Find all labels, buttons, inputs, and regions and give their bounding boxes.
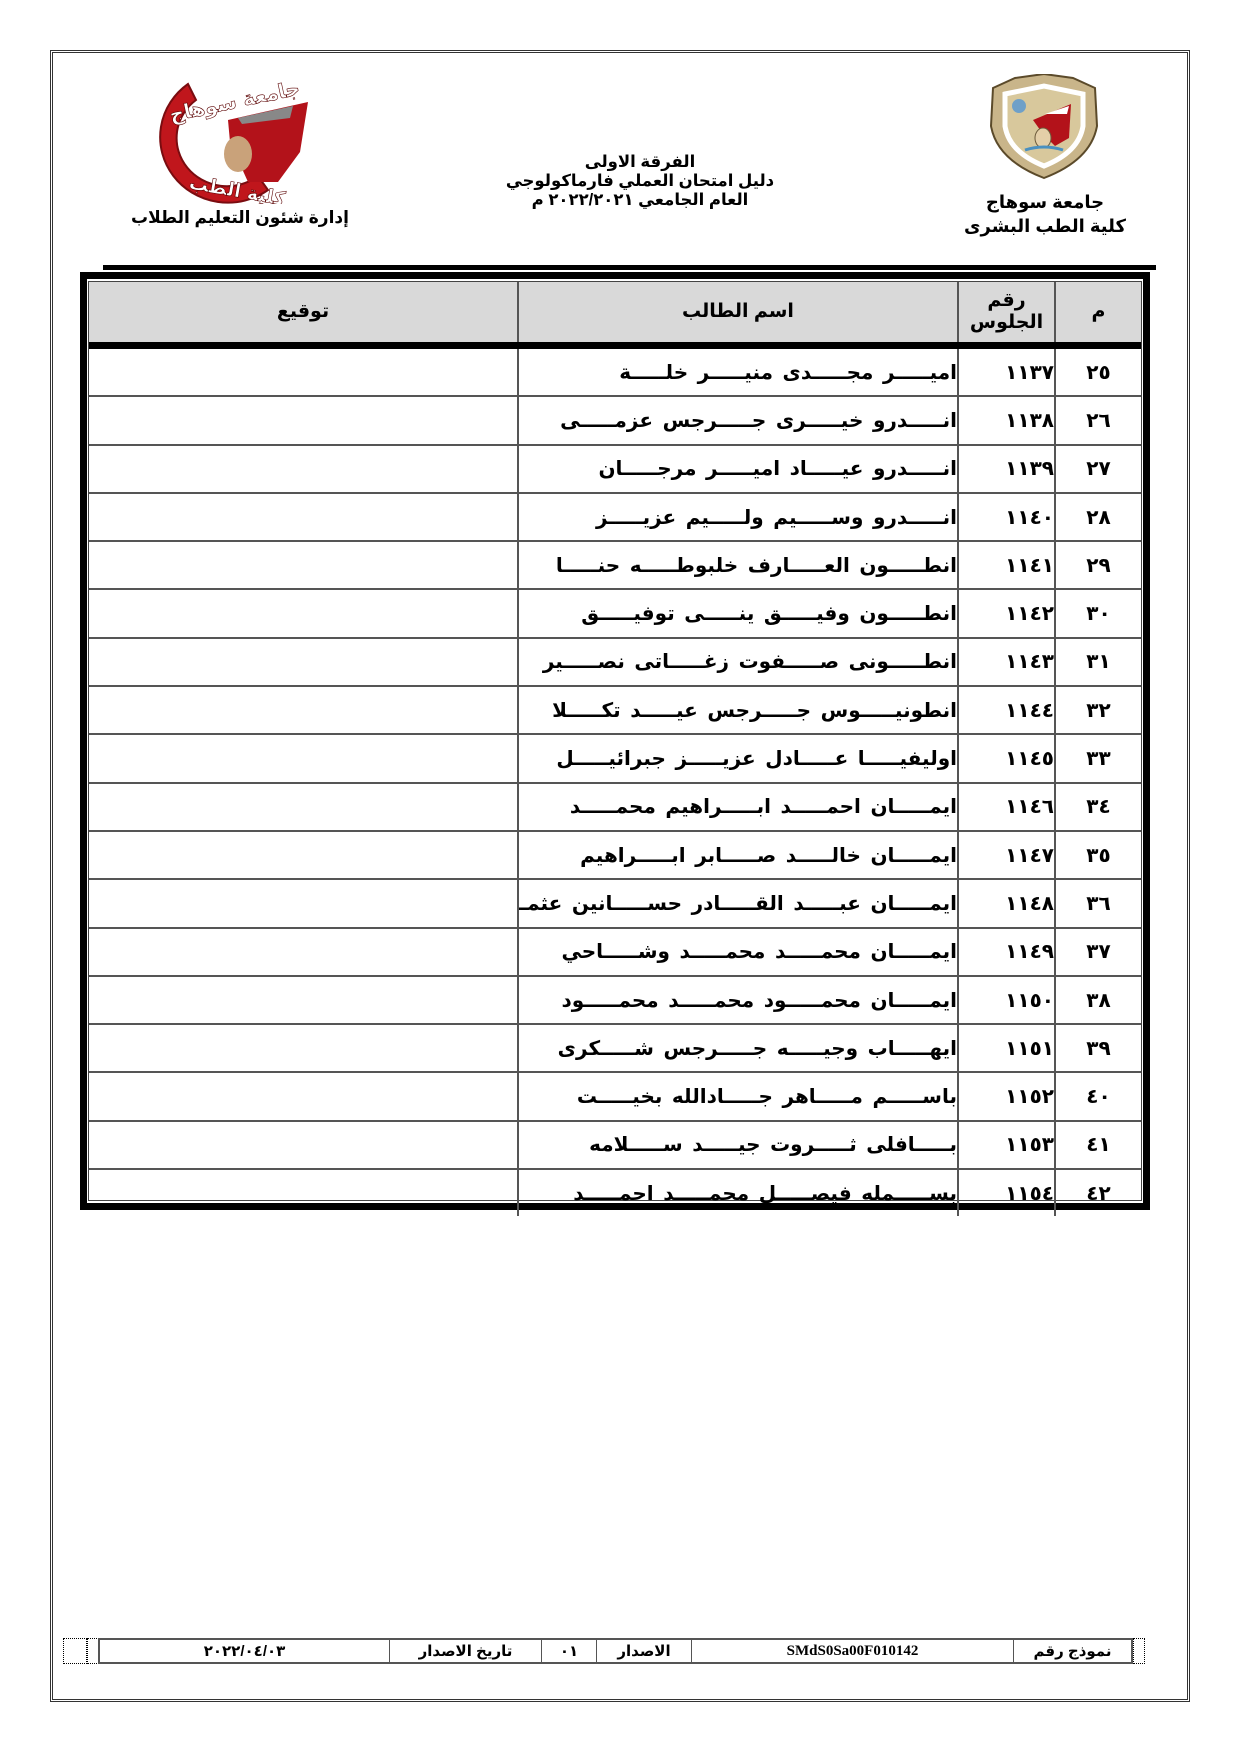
seat-number: ١١٣٧	[958, 346, 1055, 397]
signature-cell	[89, 783, 518, 831]
signature-cell	[89, 928, 518, 976]
student-name: ايمـــــان احمـــــد ابـــــراهيم محمـــ…	[518, 783, 958, 831]
row-number: ٢٨	[1055, 493, 1141, 541]
seat-header-line1: رقم	[959, 290, 1054, 312]
signature-cell	[89, 589, 518, 637]
signature-cell	[89, 346, 518, 397]
seat-header-line2: الجلوس	[959, 312, 1054, 334]
student-name: بـــــافلى ثـــــروت جيـــــد ســـــلامه	[518, 1121, 958, 1169]
table-row: ٤١١١٥٣بـــــافلى ثـــــروت جيـــــد ســـ…	[89, 1121, 1141, 1169]
signature-cell	[89, 879, 518, 927]
version-label: الاصدار	[596, 1640, 691, 1662]
table-row: ٢٦١١٣٨انـــــدرو خيـــــرى جـــــرجس عزم…	[89, 396, 1141, 444]
signature-cell	[89, 1121, 518, 1169]
table-row: ٣٠١١٤٢انطـــــون وفيـــــق ينـــــى توفي…	[89, 589, 1141, 637]
row-number: ٣٧	[1055, 928, 1141, 976]
seat-number: ١١٥٣	[958, 1121, 1055, 1169]
student-name: ايهـــــاب وجيـــــه جـــــرجس شـــــكرى	[518, 1024, 958, 1072]
row-number: ٣١	[1055, 638, 1141, 686]
col-header-student-name: اسم الطالب	[518, 282, 958, 346]
row-number: ٣٦	[1055, 879, 1141, 927]
row-number: ٢٧	[1055, 445, 1141, 493]
form-code: SMdS0Sa00F010142	[691, 1640, 1013, 1662]
student-name: باســـــم مـــــاهر جـــــادالله بخيــــ…	[518, 1072, 958, 1120]
issue-date-value: ٢٠٢٢/٠٤/٠٣	[100, 1640, 389, 1662]
seat-number: ١١٤٦	[958, 783, 1055, 831]
table-row: ٤٢١١٥٤بســـــمله فيصـــــل محمـــــد احم…	[89, 1169, 1141, 1216]
footer-blank-cell	[63, 1638, 87, 1664]
row-number: ٣٩	[1055, 1024, 1141, 1072]
table-row: ٣٧١١٤٩ايمـــــان محمـــــد محمـــــد وشـ…	[89, 928, 1141, 976]
student-name: بســـــمله فيصـــــل محمـــــد احمـــــد	[518, 1169, 958, 1216]
university-name: جامعة سوهاج	[955, 190, 1135, 214]
student-name: اوليفيـــــا عـــــادل عزيـــــز جبرائيـ…	[518, 734, 958, 782]
student-name: ايمـــــان خالـــــد صـــــابر ابـــــرا…	[518, 831, 958, 879]
row-number: ٢٥	[1055, 346, 1141, 397]
row-number: ٣٥	[1055, 831, 1141, 879]
seat-number: ١١٥١	[958, 1024, 1055, 1072]
student-roster-table: م رقم الجلوس اسم الطالب توقيع ٢٥١١٣٧اميـ…	[80, 272, 1150, 1210]
form-footer: نموذج رقم SMdS0Sa00F010142 الاصدار ٠١ تا…	[63, 1638, 1145, 1664]
row-number: ٤٠	[1055, 1072, 1141, 1120]
title-exam-guide: دليل امتحان العملي فارماكولوجي	[470, 172, 810, 191]
student-name: اميـــــر مجـــــدى منيـــــر خلـــــة	[518, 346, 958, 397]
table-row: ٢٥١١٣٧اميـــــر مجـــــدى منيـــــر خلــ…	[89, 346, 1141, 397]
student-name: انـــــدرو عيـــــاد اميـــــر مرجـــــا…	[518, 445, 958, 493]
student-affairs-caption: إدارة شئون التعليم الطلاب	[110, 208, 370, 228]
row-number: ٣٠	[1055, 589, 1141, 637]
seat-number: ١١٤٣	[958, 638, 1055, 686]
form-number-label: نموذج رقم	[1013, 1640, 1131, 1662]
student-name: ايمـــــان محمـــــد محمـــــد وشـــــاح…	[518, 928, 958, 976]
seat-number: ١١٤٥	[958, 734, 1055, 782]
university-caption: جامعة سوهاج كلية الطب البشرى	[955, 190, 1135, 238]
table-row: ٢٧١١٣٩انـــــدرو عيـــــاد اميـــــر مرج…	[89, 445, 1141, 493]
signature-cell	[89, 1024, 518, 1072]
seat-number: ١١٥٤	[958, 1169, 1055, 1216]
signature-cell	[89, 445, 518, 493]
roster: م رقم الجلوس اسم الطالب توقيع ٢٥١١٣٧اميـ…	[89, 282, 1141, 1216]
signature-cell	[89, 541, 518, 589]
table-row: ٣٩١١٥١ايهـــــاب وجيـــــه جـــــرجس شــ…	[89, 1024, 1141, 1072]
signature-cell	[89, 493, 518, 541]
title-academic-year: العام الجامعي ٢٠٢٢/٢٠٢١ م	[470, 191, 810, 210]
seat-number: ١١٤٠	[958, 493, 1055, 541]
signature-cell	[89, 638, 518, 686]
signature-cell	[89, 1169, 518, 1216]
seat-number: ١١٤١	[958, 541, 1055, 589]
document-title: الفرقة الاولى دليل امتحان العملي فارماكو…	[470, 153, 810, 210]
student-name: انـــــدرو خيـــــرى جـــــرجس عزمـــــى	[518, 396, 958, 444]
seat-number: ١١٤٢	[958, 589, 1055, 637]
col-header-signature: توقيع	[89, 282, 518, 346]
signature-cell	[89, 1072, 518, 1120]
footer-info-table: نموذج رقم SMdS0Sa00F010142 الاصدار ٠١ تا…	[98, 1638, 1133, 1664]
student-name: انـــــدرو وســـــيم ولـــــيم عزيـــــز	[518, 493, 958, 541]
student-name: انطونيـــــوس جـــــرجس عيـــــد تكـــــ…	[518, 686, 958, 734]
faculty-name: كلية الطب البشرى	[955, 214, 1135, 238]
seat-number: ١١٣٩	[958, 445, 1055, 493]
seat-number: ١١٤٩	[958, 928, 1055, 976]
row-number: ٢٩	[1055, 541, 1141, 589]
row-number: ٣٤	[1055, 783, 1141, 831]
row-number: ٢٦	[1055, 396, 1141, 444]
row-number: ٤٢	[1055, 1169, 1141, 1216]
table-row: ٣٥١١٤٧ايمـــــان خالـــــد صـــــابر ابـ…	[89, 831, 1141, 879]
row-number: ٣٢	[1055, 686, 1141, 734]
version-value: ٠١	[541, 1640, 596, 1662]
seat-number: ١١٣٨	[958, 396, 1055, 444]
student-name: ايمـــــان محمـــــود محمـــــد محمـــــ…	[518, 976, 958, 1024]
seat-number: ١١٥٢	[958, 1072, 1055, 1120]
table-header-row: م رقم الجلوس اسم الطالب توقيع	[89, 282, 1141, 346]
table-row: ٢٩١١٤١انطـــــون العـــــارف خلبوطـــــه…	[89, 541, 1141, 589]
table-row: ٤٠١١٥٢باســـــم مـــــاهر جـــــادالله ب…	[89, 1072, 1141, 1120]
table-row: ٣١١١٤٣انطـــــونى صـــــفوت زغـــــاتى ن…	[89, 638, 1141, 686]
student-name: ايمـــــان عبـــــد القـــــادر حســـــا…	[518, 879, 958, 927]
row-number: ٣٨	[1055, 976, 1141, 1024]
signature-cell	[89, 734, 518, 782]
seat-number: ١١٤٨	[958, 879, 1055, 927]
student-name: انطـــــون العـــــارف خلبوطـــــه حنـــ…	[518, 541, 958, 589]
issue-date-label: تاريخ الاصدار	[389, 1640, 541, 1662]
table-row: ٣٢١١٤٤انطونيـــــوس جـــــرجس عيـــــد ت…	[89, 686, 1141, 734]
university-shield-logo	[985, 74, 1103, 180]
signature-cell	[89, 831, 518, 879]
table-row: ٣٨١١٥٠ايمـــــان محمـــــود محمـــــد مح…	[89, 976, 1141, 1024]
table-row: ٢٨١١٤٠انـــــدرو وســـــيم ولـــــيم عزي…	[89, 493, 1141, 541]
col-header-number: م	[1055, 282, 1141, 346]
table-row: ٣٤١١٤٦ايمـــــان احمـــــد ابـــــراهيم …	[89, 783, 1141, 831]
faculty-logo: جامعة سوهاج كلية الطب	[118, 72, 318, 204]
seat-number: ١١٤٧	[958, 831, 1055, 879]
student-name: انطـــــون وفيـــــق ينـــــى توفيـــــق	[518, 589, 958, 637]
col-header-seat-number: رقم الجلوس	[958, 282, 1055, 346]
footer-blank-cell	[1133, 1638, 1145, 1664]
table-row: ٣٣١١٤٥اوليفيـــــا عـــــادل عزيـــــز ج…	[89, 734, 1141, 782]
title-year-level: الفرقة الاولى	[470, 153, 810, 172]
table-row: ٣٦١١٤٨ايمـــــان عبـــــد القـــــادر حس…	[89, 879, 1141, 927]
signature-cell	[89, 396, 518, 444]
signature-cell	[89, 976, 518, 1024]
seat-number: ١١٤٤	[958, 686, 1055, 734]
row-number: ٣٣	[1055, 734, 1141, 782]
seat-number: ١١٥٠	[958, 976, 1055, 1024]
student-name: انطـــــونى صـــــفوت زغـــــاتى نصـــــ…	[518, 638, 958, 686]
row-number: ٤١	[1055, 1121, 1141, 1169]
header-divider	[103, 265, 1156, 270]
signature-cell	[89, 686, 518, 734]
